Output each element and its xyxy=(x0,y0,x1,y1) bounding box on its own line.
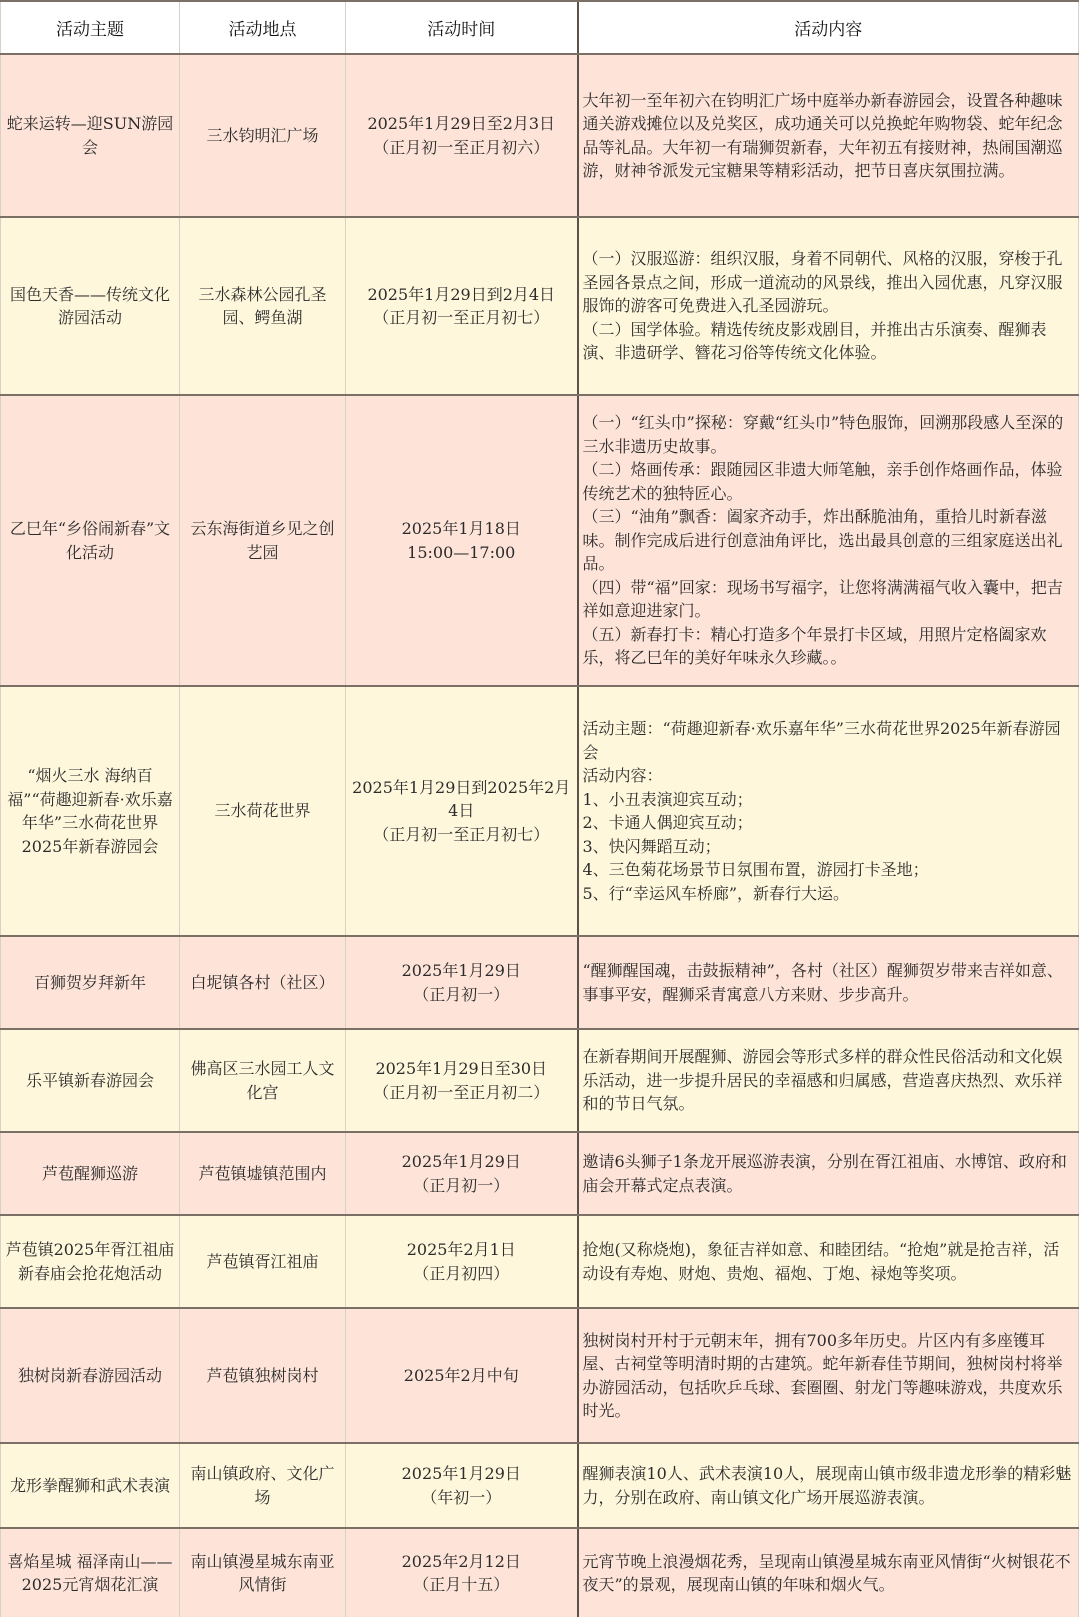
time-line: 2025年1月29日至30日 xyxy=(350,1057,573,1081)
cell-content: 元宵节晚上浪漫烟花秀，呈现南山镇漫星城东南亚风情街“火树银花不夜天”的景观，展现… xyxy=(578,1528,1079,1617)
cell-theme: 喜焰星城 福泽南山——2025元宵烟花汇演 xyxy=(1,1528,180,1617)
cell-time: 2025年1月29日（年初一） xyxy=(346,1443,578,1528)
content-paragraph: 独树岗村开村于元朝末年，拥有700多年历史。片区内有多座镬耳屋、古祠堂等明清时期… xyxy=(583,1329,1073,1423)
cell-location: 三水钧明汇广场 xyxy=(180,54,346,217)
cell-theme: 国色天香——传统文化游园活动 xyxy=(1,217,180,395)
cell-location: 白坭镇各村（社区） xyxy=(180,936,346,1029)
content-paragraph: 3、快闪舞蹈互动； xyxy=(583,835,1073,859)
content-paragraph: 4、三色菊花场景节日氛围布置，游园打卡圣地； xyxy=(583,858,1073,882)
cell-location: 云东海街道乡见之创艺园 xyxy=(180,395,346,686)
content-paragraph: 在新春期间开展醒狮、游园会等形式多样的群众性民俗活动和文化娱乐活动，进一步提升居… xyxy=(583,1045,1073,1116)
cell-theme: 百狮贺岁拜新年 xyxy=(1,936,180,1029)
cell-location: 三水荷花世界 xyxy=(180,686,346,936)
cell-time: 2025年1月29日到2月4日（正月初一至正月初七） xyxy=(346,217,578,395)
time-line: （正月初一至正月初七） xyxy=(350,823,573,847)
content-paragraph: “醒狮醒国魂，击鼓振精神”，各村（社区）醒狮贺岁带来吉祥如意、事事平安，醒狮采青… xyxy=(583,959,1073,1006)
cell-time: 2025年2月12日（正月十五） xyxy=(346,1528,578,1617)
time-line: （正月初一至正月初七） xyxy=(350,306,573,330)
cell-theme: 芦苞醒狮巡游 xyxy=(1,1132,180,1215)
cell-location: 三水森林公园孔圣园、鳄鱼湖 xyxy=(180,217,346,395)
header-location: 活动地点 xyxy=(180,1,346,54)
content-paragraph: 醒狮表演10人、武术表演10人，展现南山镇市级非遗龙形拳的精彩魅力，分别在政府、… xyxy=(583,1462,1073,1509)
table-row: 独树岗新春游园活动芦苞镇独树岗村2025年2月中旬独树岗村开村于元朝末年，拥有7… xyxy=(1,1308,1079,1443)
time-line: 2025年1月29日 xyxy=(350,1462,573,1486)
cell-time: 2025年1月29日（正月初一） xyxy=(346,1132,578,1215)
cell-location: 芦苞镇独树岗村 xyxy=(180,1308,346,1443)
cell-theme: 乙巳年“乡俗闹新春”文化活动 xyxy=(1,395,180,686)
cell-theme: 龙形拳醒狮和武术表演 xyxy=(1,1443,180,1528)
content-paragraph: 2、卡通人偶迎宾互动； xyxy=(583,811,1073,835)
cell-time: 2025年1月29日至30日（正月初一至正月初二） xyxy=(346,1029,578,1132)
cell-theme: 乐平镇新春游园会 xyxy=(1,1029,180,1132)
cell-content: 邀请6头狮子1条龙开展巡游表演，分别在胥江祖庙、水博馆、政府和庙会开幕式定点表演… xyxy=(578,1132,1079,1215)
cell-content: 醒狮表演10人、武术表演10人，展现南山镇市级非遗龙形拳的精彩魅力，分别在政府、… xyxy=(578,1443,1079,1528)
time-line: 2025年1月29日到2月4日 xyxy=(350,283,573,307)
table-row: “烟火三水 海纳百福”“荷趣迎新春·欢乐嘉年华”三水荷花世界2025年新春游园会… xyxy=(1,686,1079,936)
content-paragraph: 活动主题：“荷趣迎新春·欢乐嘉年华”三水荷花世界2025年新春游园会 xyxy=(583,717,1073,764)
content-paragraph: （五）新春打卡：精心打造多个年景打卡区域，用照片定格阖家欢乐，将乙巳年的美好年味… xyxy=(583,623,1073,670)
content-paragraph: （三）“油角”飘香：阖家齐动手，炸出酥脆油角，重拾儿时新春滋味。制作完成后进行创… xyxy=(583,505,1073,576)
cell-time: 2025年2月中旬 xyxy=(346,1308,578,1443)
time-line: （正月初一） xyxy=(350,1174,573,1198)
cell-content: （一）汉服巡游：组织汉服，身着不同朝代、风格的汉服，穿梭于孔圣园各景点之间，形成… xyxy=(578,217,1079,395)
cell-content: 在新春期间开展醒狮、游园会等形式多样的群众性民俗活动和文化娱乐活动，进一步提升居… xyxy=(578,1029,1079,1132)
table-row: 芦苞醒狮巡游芦苞镇墟镇范围内2025年1月29日（正月初一）邀请6头狮子1条龙开… xyxy=(1,1132,1079,1215)
table-row: 喜焰星城 福泽南山——2025元宵烟花汇演南山镇漫星城东南亚风情街2025年2月… xyxy=(1,1528,1079,1617)
cell-content: （一）“红头巾”探秘：穿戴“红头巾”特色服饰，回溯那段感人至深的三水非遗历史故事… xyxy=(578,395,1079,686)
cell-time: 2025年1月18日15:00—17:00 xyxy=(346,395,578,686)
content-paragraph: 5、行“幸运风车桥廊”，新春行大运。 xyxy=(583,882,1073,906)
time-line: 2025年2月1日 xyxy=(350,1238,573,1262)
header-row: 活动主题 活动地点 活动时间 活动内容 xyxy=(1,1,1079,54)
time-line: 2025年2月中旬 xyxy=(350,1364,573,1388)
content-paragraph: （二）烙画传承：跟随园区非遗大师笔触，亲手创作烙画作品，体验传统艺术的独特匠心。 xyxy=(583,458,1073,505)
table-row: 百狮贺岁拜新年白坭镇各村（社区）2025年1月29日（正月初一）“醒狮醒国魂，击… xyxy=(1,936,1079,1029)
content-paragraph: （一）“红头巾”探秘：穿戴“红头巾”特色服饰，回溯那段感人至深的三水非遗历史故事… xyxy=(583,411,1073,458)
content-paragraph: 大年初一至年初六在钧明汇广场中庭举办新春游园会，设置各种趣味通关游戏摊位以及兑奖… xyxy=(583,89,1073,183)
content-paragraph: 活动内容： xyxy=(583,764,1073,788)
table-row: 国色天香——传统文化游园活动三水森林公园孔圣园、鳄鱼湖2025年1月29日到2月… xyxy=(1,217,1079,395)
content-paragraph: 抢炮(又称烧炮)，象征吉祥如意、和睦团结。“抢炮”就是抢吉祥，活动设有寿炮、财炮… xyxy=(583,1238,1073,1285)
cell-theme: 芦苞镇2025年胥江祖庙新春庙会抢花炮活动 xyxy=(1,1215,180,1308)
cell-theme: 独树岗新春游园活动 xyxy=(1,1308,180,1443)
table-row: 芦苞镇2025年胥江祖庙新春庙会抢花炮活动芦苞镇胥江祖庙2025年2月1日（正月… xyxy=(1,1215,1079,1308)
cell-location: 芦苞镇墟镇范围内 xyxy=(180,1132,346,1215)
cell-location: 南山镇漫星城东南亚风情街 xyxy=(180,1528,346,1617)
cell-time: 2025年1月29日至2月3日（正月初一至正月初六） xyxy=(346,54,578,217)
time-line: 2025年1月29日 xyxy=(350,1150,573,1174)
time-line: （正月初一至正月初六） xyxy=(350,136,573,160)
content-paragraph: 邀请6头狮子1条龙开展巡游表演，分别在胥江祖庙、水博馆、政府和庙会开幕式定点表演… xyxy=(583,1150,1073,1197)
cell-time: 2025年1月29日到2025年2月4日（正月初一至正月初七） xyxy=(346,686,578,936)
table-row: 龙形拳醒狮和武术表演南山镇政府、文化广场2025年1月29日（年初一）醒狮表演1… xyxy=(1,1443,1079,1528)
time-line: 2025年1月18日 xyxy=(350,517,573,541)
time-line: （年初一） xyxy=(350,1486,573,1510)
cell-time: 2025年2月1日（正月初四） xyxy=(346,1215,578,1308)
time-line: （正月十五） xyxy=(350,1573,573,1597)
cell-content: 抢炮(又称烧炮)，象征吉祥如意、和睦团结。“抢炮”就是抢吉祥，活动设有寿炮、财炮… xyxy=(578,1215,1079,1308)
time-line: （正月初一） xyxy=(350,983,573,1007)
time-line: 2025年1月29日到2025年2月4日 xyxy=(350,776,573,823)
time-line: 2025年2月12日 xyxy=(350,1550,573,1574)
table-row: 乙巳年“乡俗闹新春”文化活动云东海街道乡见之创艺园2025年1月18日15:00… xyxy=(1,395,1079,686)
events-table: 活动主题 活动地点 活动时间 活动内容 蛇来运转—迎SUN游园会三水钧明汇广场2… xyxy=(0,0,1079,1617)
content-paragraph: 元宵节晚上浪漫烟花秀，呈现南山镇漫星城东南亚风情街“火树银花不夜天”的景观，展现… xyxy=(583,1550,1073,1597)
time-line: （正月初一至正月初二） xyxy=(350,1081,573,1105)
cell-location: 南山镇政府、文化广场 xyxy=(180,1443,346,1528)
header-time: 活动时间 xyxy=(346,1,578,54)
cell-content: “醒狮醒国魂，击鼓振精神”，各村（社区）醒狮贺岁带来吉祥如意、事事平安，醒狮采青… xyxy=(578,936,1079,1029)
time-line: 15:00—17:00 xyxy=(350,541,573,565)
cell-location: 芦苞镇胥江祖庙 xyxy=(180,1215,346,1308)
cell-time: 2025年1月29日（正月初一） xyxy=(346,936,578,1029)
cell-theme: “烟火三水 海纳百福”“荷趣迎新春·欢乐嘉年华”三水荷花世界2025年新春游园会 xyxy=(1,686,180,936)
content-paragraph: （四）带“福”回家：现场书写福字，让您将满满福气收入囊中，把吉祥如意迎进家门。 xyxy=(583,576,1073,623)
header-theme: 活动主题 xyxy=(1,1,180,54)
cell-content: 活动主题：“荷趣迎新春·欢乐嘉年华”三水荷花世界2025年新春游园会活动内容：1… xyxy=(578,686,1079,936)
cell-theme: 蛇来运转—迎SUN游园会 xyxy=(1,54,180,217)
time-line: 2025年1月29日 xyxy=(350,959,573,983)
header-content: 活动内容 xyxy=(578,1,1079,54)
table-row: 乐平镇新春游园会佛高区三水园工人文化宫2025年1月29日至30日（正月初一至正… xyxy=(1,1029,1079,1132)
content-paragraph: （二）国学体验。精选传统皮影戏剧目，并推出古乐演奏、醒狮表演、非遗研学、簪花习俗… xyxy=(583,318,1073,365)
cell-location: 佛高区三水园工人文化宫 xyxy=(180,1029,346,1132)
cell-content: 大年初一至年初六在钧明汇广场中庭举办新春游园会，设置各种趣味通关游戏摊位以及兑奖… xyxy=(578,54,1079,217)
table-row: 蛇来运转—迎SUN游园会三水钧明汇广场2025年1月29日至2月3日（正月初一至… xyxy=(1,54,1079,217)
content-paragraph: 1、小丑表演迎宾互动； xyxy=(583,788,1073,812)
content-paragraph: （一）汉服巡游：组织汉服，身着不同朝代、风格的汉服，穿梭于孔圣园各景点之间，形成… xyxy=(583,247,1073,318)
cell-content: 独树岗村开村于元朝末年，拥有700多年历史。片区内有多座镬耳屋、古祠堂等明清时期… xyxy=(578,1308,1079,1443)
time-line: （正月初四） xyxy=(350,1262,573,1286)
time-line: 2025年1月29日至2月3日 xyxy=(350,112,573,136)
